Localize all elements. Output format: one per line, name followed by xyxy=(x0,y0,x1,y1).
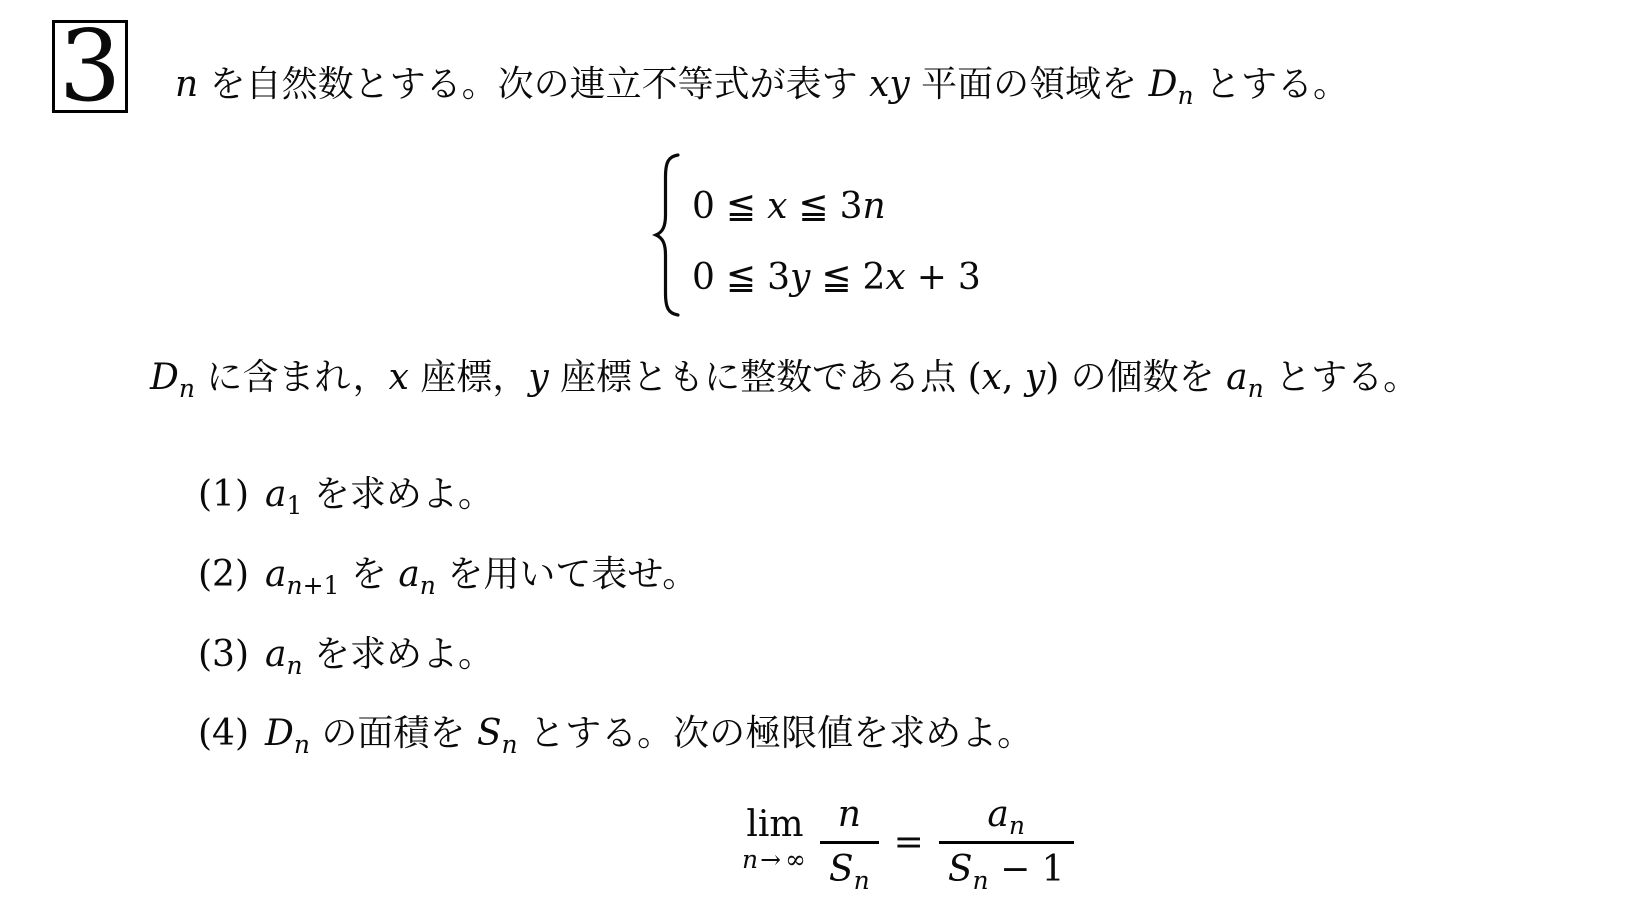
text-segment: 座標ともに整数である点 xyxy=(549,357,968,398)
subscript-n: n xyxy=(1248,374,1264,403)
subscript-n: n xyxy=(502,730,518,759)
question-label: (4) xyxy=(198,713,249,754)
plus-operator: + xyxy=(917,257,947,298)
math-num: 0 xyxy=(692,186,715,227)
text-segment: とする。 xyxy=(1264,357,1419,398)
question-4: (4)Dn の面積を Sn とする。次の極限値を求めよ。 xyxy=(198,711,1033,757)
math-num: 3 xyxy=(767,257,790,298)
leq-operator: ≦ xyxy=(726,186,756,227)
intro-sentence: n を自然数とする。次の連立不等式が表す xy 平面の領域を Dn とする。 xyxy=(175,62,1349,108)
math-var-x: x xyxy=(885,257,905,298)
text-segment: の個数を xyxy=(1059,357,1226,398)
text-segment: 平面の領域を xyxy=(910,64,1149,105)
subscript-n: n xyxy=(1177,81,1193,110)
question-3: (3)an を求めよ。 xyxy=(198,632,494,678)
math-var-x: x xyxy=(767,186,787,227)
fraction-denominator: Sn − 1 xyxy=(939,841,1074,891)
math-var-D: D xyxy=(150,357,179,398)
math-var-n: n xyxy=(175,64,198,105)
math-var-xy: xy xyxy=(869,64,910,105)
subscript-n: n xyxy=(854,866,870,895)
left-brace-icon xyxy=(652,153,684,317)
text-segment: に含まれ， xyxy=(195,357,389,398)
fraction-numerator: n xyxy=(829,794,870,841)
math-var-a: a xyxy=(987,794,1008,835)
question-label: (2) xyxy=(198,554,249,595)
comma: , xyxy=(1002,357,1025,398)
subscript-1: 1 xyxy=(286,491,302,520)
math-num: 0 xyxy=(692,257,715,298)
leq-operator: ≦ xyxy=(798,186,828,227)
fraction-an-over-Sn-minus-1: an Sn − 1 xyxy=(939,794,1074,891)
sub-op: +1 xyxy=(303,571,340,600)
math-num: 3 xyxy=(958,257,981,298)
fraction-numerator: an xyxy=(978,794,1034,841)
limit-formula: lim n→∞ n Sn = an Sn − 1 xyxy=(742,794,1074,891)
text-segment: を xyxy=(339,554,398,595)
subscript-n: n xyxy=(973,866,989,895)
math-var-n: n xyxy=(838,794,861,835)
math-var-a: a xyxy=(265,474,286,515)
description-sentence: Dn に含まれ，x 座標，y 座標ともに整数である点 (x, y) の個数を a… xyxy=(150,355,1419,401)
text-segment: を自然数とする。次の連立不等式が表す xyxy=(198,64,869,105)
infinity-symbol: ∞ xyxy=(785,845,806,874)
subscript-n: n xyxy=(294,730,310,759)
inequality-line-1: 0≦x≦3n xyxy=(692,184,886,230)
close-paren: ) xyxy=(1045,357,1059,398)
subscript-n-plus-1: n+1 xyxy=(286,571,339,600)
math-var-y: y xyxy=(528,357,548,398)
open-paren: ( xyxy=(968,357,982,398)
question-label: (3) xyxy=(198,634,249,675)
question-2: (2)an+1 を an を用いて表せ。 xyxy=(198,552,698,598)
subscript-n: n xyxy=(420,571,436,600)
math-var-a: a xyxy=(265,554,286,595)
math-var-y: y xyxy=(790,257,810,298)
limit-subscript: n→∞ xyxy=(742,846,808,873)
fraction-denominator: Sn xyxy=(820,841,879,891)
problem-number-box: 3 xyxy=(52,20,128,113)
exam-problem-page: 3 n を自然数とする。次の連立不等式が表す xy 平面の領域を Dn とする。… xyxy=(0,0,1633,911)
math-var-y: y xyxy=(1025,357,1045,398)
math-var-D: D xyxy=(265,713,294,754)
equals-sign: = xyxy=(894,822,924,863)
problem-number: 3 xyxy=(59,24,121,110)
sub-var: n xyxy=(286,571,302,600)
math-var-S: S xyxy=(829,849,854,890)
lim-word: lim xyxy=(746,805,803,845)
subscript-n: n xyxy=(1009,811,1025,840)
math-var-a: a xyxy=(398,554,419,595)
math-num: 2 xyxy=(863,257,886,298)
leq-operator: ≦ xyxy=(726,257,756,298)
math-var-x: x xyxy=(389,357,409,398)
text-segment: の面積を xyxy=(310,713,477,754)
math-var-S: S xyxy=(948,849,973,890)
math-num: 3 xyxy=(840,186,863,227)
question-label: (1) xyxy=(198,474,249,515)
math-var-D: D xyxy=(1149,64,1178,105)
math-var-a: a xyxy=(1226,357,1247,398)
text-segment: を用いて表せ。 xyxy=(436,554,698,595)
sub-var-n: n xyxy=(742,845,758,874)
subscript-n: n xyxy=(286,651,302,680)
math-var-a: a xyxy=(265,634,286,675)
text-segment: とする。 xyxy=(1194,64,1349,105)
text-segment: を求めよ。 xyxy=(303,634,494,675)
limit-operator: lim n→∞ xyxy=(742,805,808,873)
text-segment: 座標， xyxy=(409,357,528,398)
arrow-icon: → xyxy=(760,845,781,874)
math-var-S: S xyxy=(477,713,502,754)
math-var-x: x xyxy=(982,357,1002,398)
math-var-n: n xyxy=(862,186,885,227)
leq-operator: ≦ xyxy=(821,257,851,298)
inequality-line-2: 0≦3y≦2x+3 xyxy=(692,255,981,301)
text-segment: とする。次の極限値を求めよ。 xyxy=(518,713,1033,754)
text-segment: を求めよ。 xyxy=(302,474,493,515)
minus-one-tail: − 1 xyxy=(989,849,1065,890)
subscript-n: n xyxy=(179,374,195,403)
fraction-n-over-Sn: n Sn xyxy=(820,794,879,891)
question-1: (1)a1 を求めよ。 xyxy=(198,472,494,518)
